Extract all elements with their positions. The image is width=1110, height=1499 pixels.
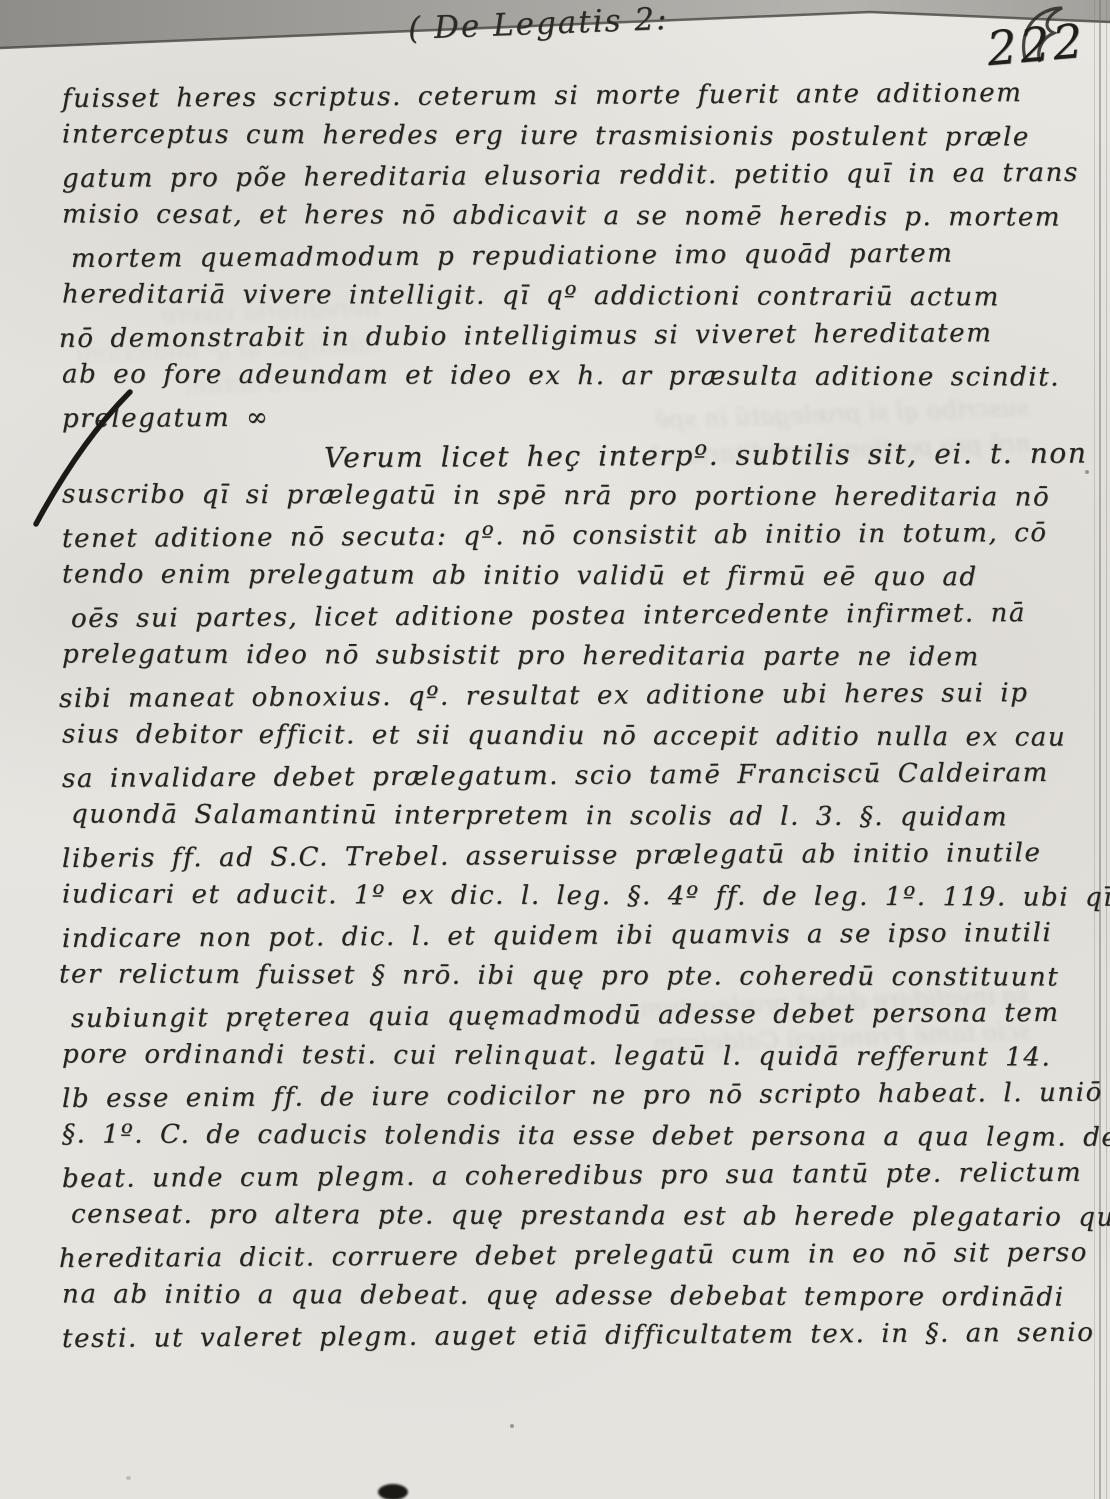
manuscript-line: prelegatum ∞ [62, 393, 1050, 439]
manuscript-line: gatum pro põe hereditaria elusoria reddi… [62, 153, 1050, 199]
manuscript-line: liberis ff. ad S.C. Trebel. asseruisse p… [62, 833, 1050, 879]
ink-speckle [1085, 470, 1089, 474]
page-edge-crease [1106, 0, 1107, 1499]
manuscript-line: mortem quemadmodum p repudiatione imo qu… [71, 233, 1050, 279]
manuscript-line: beat. unde cum plegm. a coheredibus pro … [62, 1153, 1050, 1199]
manuscript-line: suscribo qī si prælegatū in spē nrā pro … [62, 474, 1050, 517]
pen-flourish-icon [26, 386, 136, 535]
page-edge-crease [1094, 0, 1095, 1499]
manuscript-line: §. 1º. C. de caducis tolendis ita esse d… [62, 1114, 1050, 1157]
manuscript-line: hereditariā vivere intelligit. qī qº add… [62, 274, 1050, 317]
manuscript-line: prelegatum ideo nō subsistit pro heredit… [62, 634, 1050, 677]
manuscript-line: sius debitor efficit. et sii quandiu nō … [62, 714, 1050, 757]
folio-number: 222 [985, 14, 1088, 77]
manuscript-line: lb esse enim ff. de iure codicilor ne pr… [62, 1073, 1050, 1119]
manuscript-line: testi. ut valeret plegm. auget etiā diff… [62, 1313, 1050, 1359]
ink-speckle [126, 1476, 131, 1480]
manuscript-line: censeat. pro altera pte. quę prestanda e… [71, 1194, 1050, 1237]
manuscript-line: iudicari et aducit. 1º ex dic. l. leg. §… [62, 874, 1050, 917]
manuscript-line: quondā Salamantinū interpretem in scolis… [71, 794, 1050, 837]
manuscript-line: subiungit pręterea quia quęmadmodū adess… [71, 993, 1050, 1039]
manuscript-line: Verum licet heç interpº. subtilis sit, e… [324, 434, 1050, 478]
manuscript-line: na ab initio a qua debeat. quę adesse de… [62, 1274, 1050, 1317]
manuscript-line: tendo enim prelegatum ab initio validū e… [62, 554, 1050, 597]
manuscript-line: fuisset heres scriptus. ceterum si morte… [62, 73, 1050, 119]
manuscript-line: ter relictum fuisset § nrō. ibi quę pro … [59, 954, 1050, 997]
manuscript-line: misio cesat, et heres nō abdicavit a se … [62, 194, 1050, 237]
page-edge-crease [1099, 0, 1101, 1499]
ink-blot [378, 1484, 408, 1499]
manuscript-line: sa invalidare debet prælegatum. scio tam… [62, 753, 1050, 799]
manuscript-line: oēs sui partes, licet aditione postea in… [71, 593, 1050, 639]
ink-speckle [510, 1424, 514, 1428]
manuscript-text-block: fuisset heres scriptus. ceterum si morte… [62, 76, 1050, 1356]
manuscript-line: nō demonstrabit in dubio intelligimus si… [59, 313, 1050, 359]
manuscript-line: interceptus cum heredes erg iure trasmis… [62, 114, 1050, 157]
paragraph: Verum licet heç interpº. subtilis sit, e… [62, 436, 1050, 1356]
paragraph: fuisset heres scriptus. ceterum si morte… [62, 76, 1050, 436]
manuscript-line: pore ordinandi testi. cui relinquat. leg… [62, 1034, 1050, 1077]
manuscript-page: ( De Legatis 2: 222 suscribo qī si præle… [0, 0, 1110, 1499]
manuscript-line: hereditaria dicit. corruere debet preleg… [59, 1233, 1050, 1279]
manuscript-line: sibi maneat obnoxius. qº. resultat ex ad… [59, 673, 1050, 719]
manuscript-line: tenet aditione nō secuta: qº. nō consist… [62, 513, 1050, 559]
manuscript-line: ab eo fore adeundam et ideo ex h. ar præ… [62, 354, 1050, 397]
manuscript-line: indicare non pot. dic. l. et quidem ibi … [62, 913, 1050, 959]
